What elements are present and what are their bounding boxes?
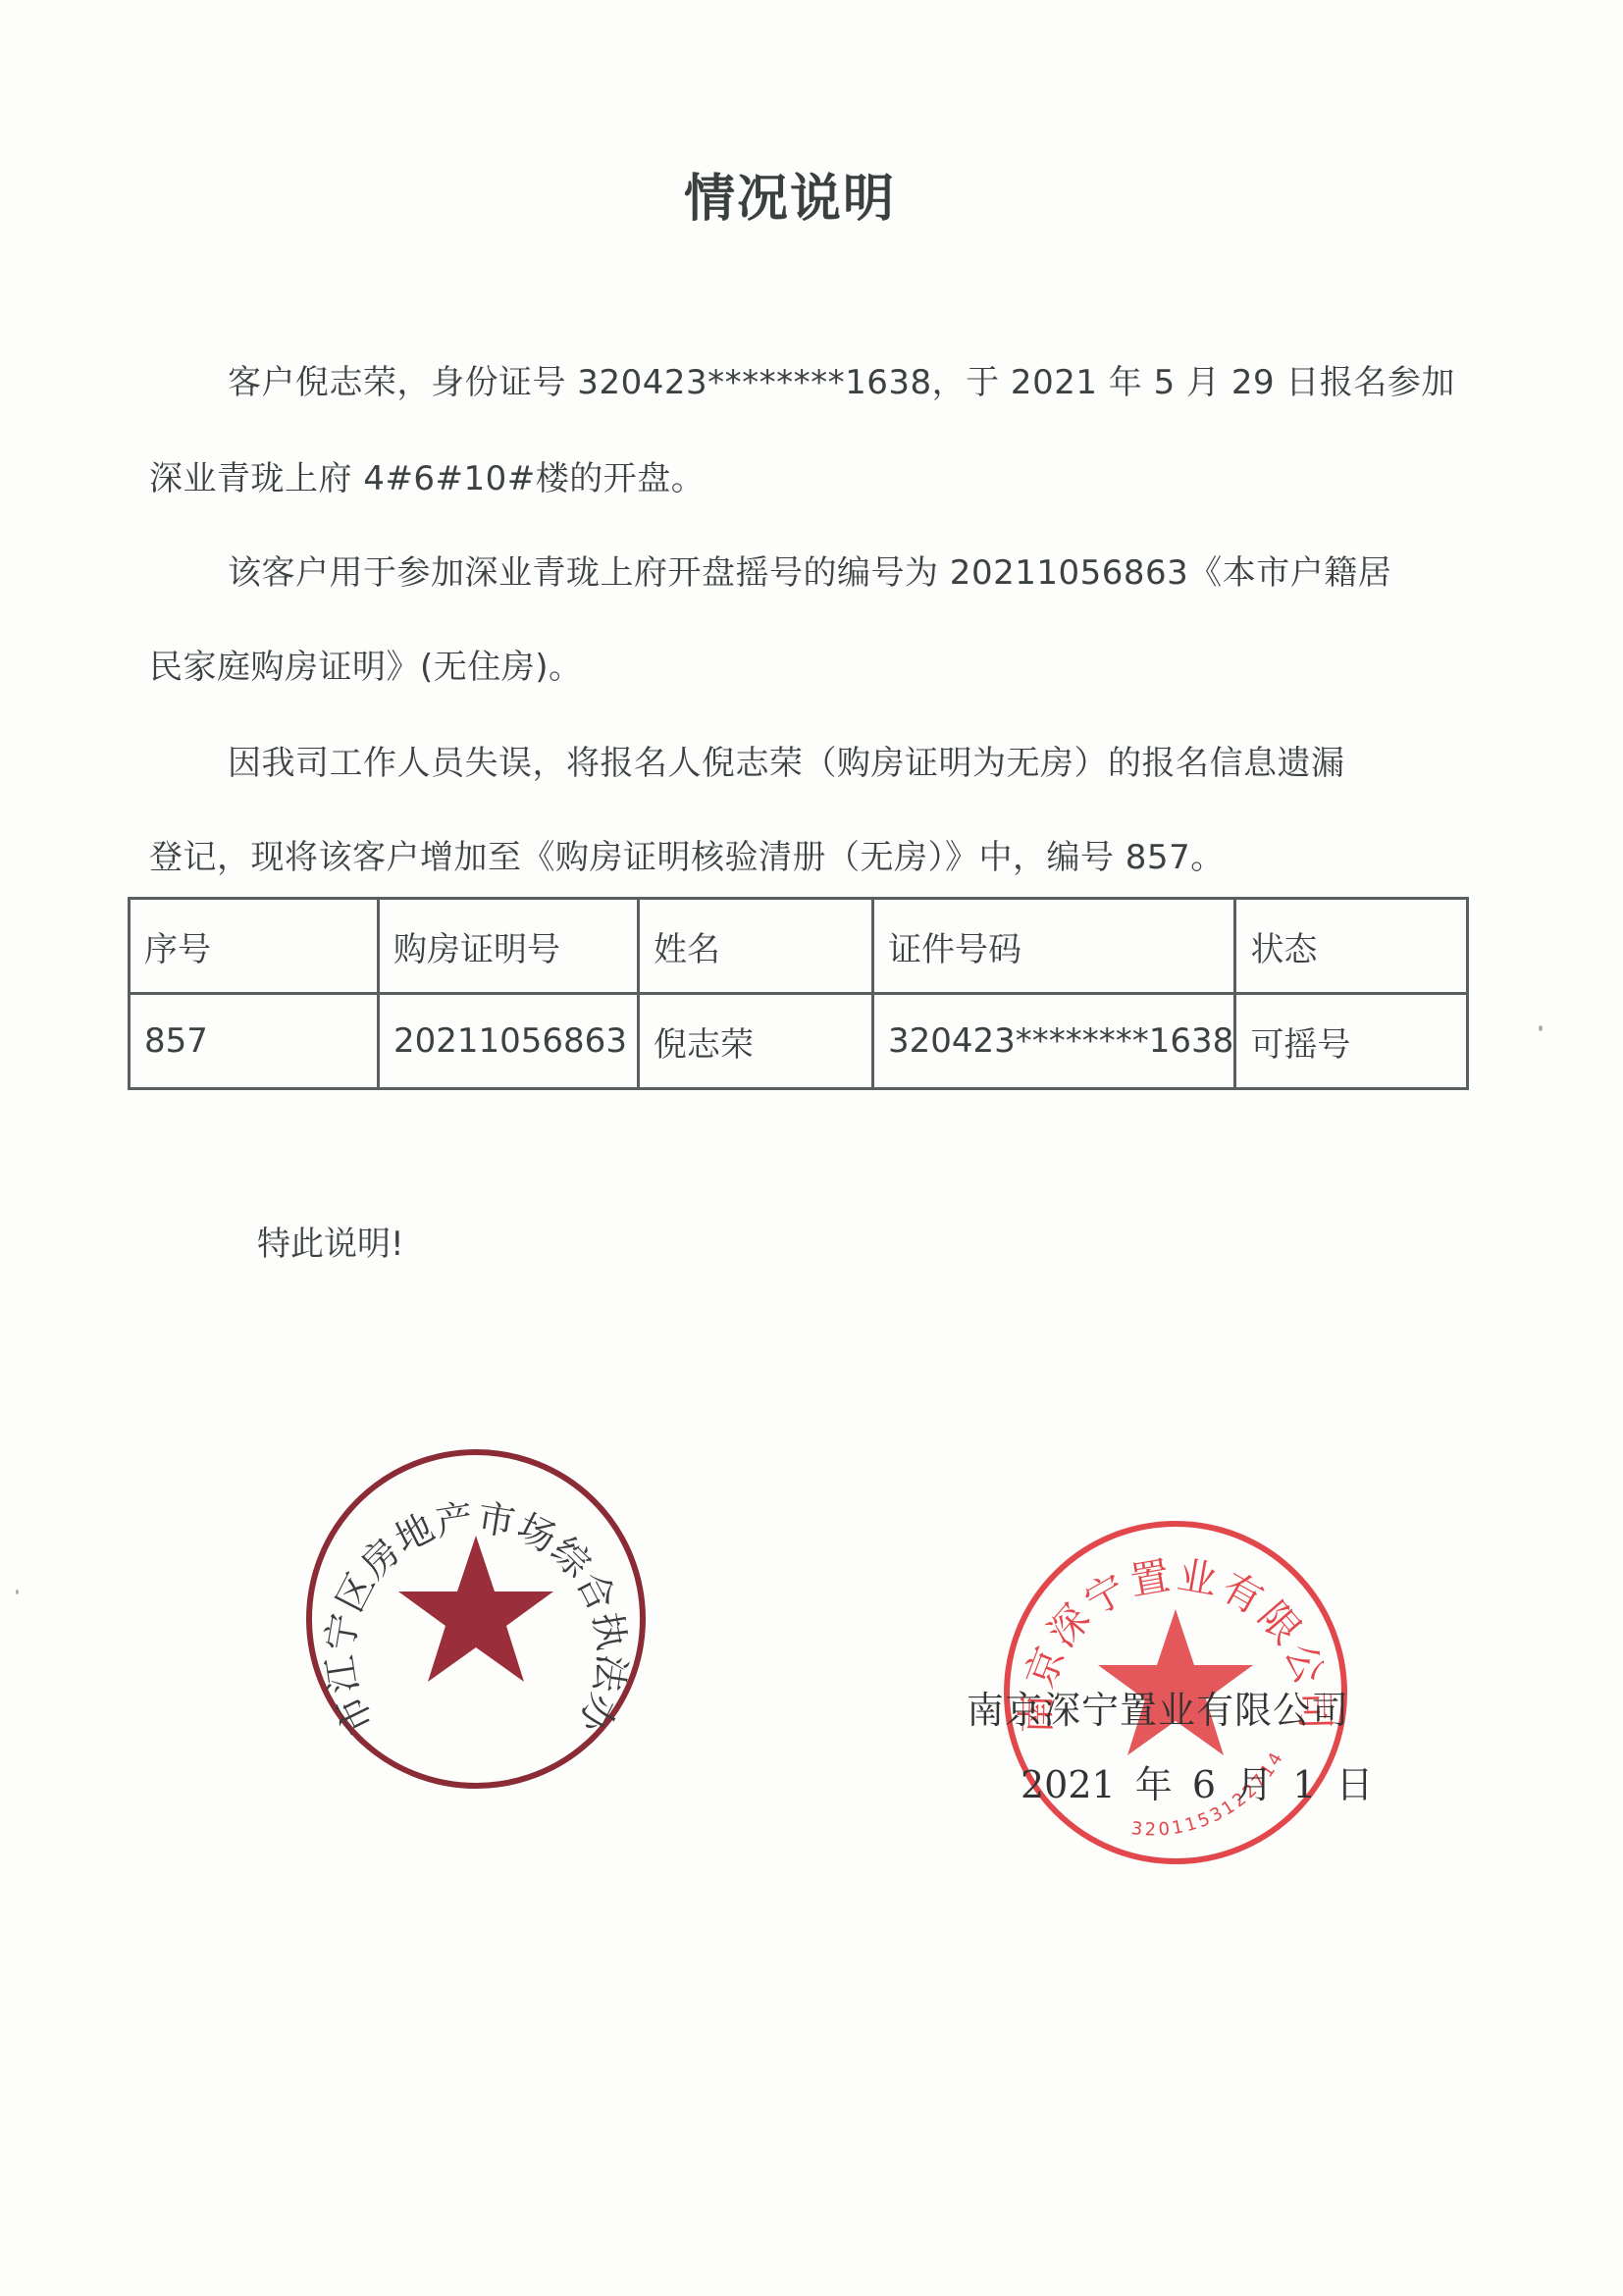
scan-speck — [16, 1590, 19, 1594]
cell-serial: 857 — [130, 994, 379, 1089]
cell-certificate-no: 20211056863 — [379, 994, 639, 1089]
cell-status: 可摇号 — [1235, 994, 1468, 1089]
paragraph-2-line-1: 该客户用于参加深业青珑上府开盘摇号的编号为 20211056863《本市户籍居 — [228, 546, 1391, 594]
header-cell-serial: 序号 — [130, 899, 379, 994]
paragraph-3-line-1: 因我司工作人员失误，将报名人倪志荣（购房证明为无房）的报名信息遗漏 — [228, 736, 1345, 784]
closing-statement: 特此说明! — [257, 1217, 404, 1265]
scan-speck — [1539, 1025, 1543, 1031]
signature-date: 2021 年 6 月 1 日 — [1021, 1754, 1373, 1808]
signature-company: 南京深宁置业有限公司 — [967, 1680, 1349, 1734]
paragraph-1-line-1: 客户倪志荣，身份证号 320423********1638，于 2021 年 5… — [228, 355, 1455, 403]
header-cell-certificate-no: 购房证明号 — [379, 899, 639, 994]
paragraph-3-line-2: 登记，现将该客户增加至《购房证明核验清册（无房）》中，编号 857。 — [149, 830, 1225, 878]
header-cell-status: 状态 — [1235, 899, 1468, 994]
table-row: 857 20211056863 倪志荣 320423********1638 可… — [130, 994, 1468, 1089]
verification-table: 序号 购房证明号 姓名 证件号码 状态 857 20211056863 倪志荣 … — [128, 897, 1469, 1090]
left-official-seal-icon: 南京市江宁区房地产市场综合执法办公室 — [299, 1442, 653, 1796]
table-header-row: 序号 购房证明号 姓名 证件号码 状态 — [130, 899, 1468, 994]
paragraph-1-line-2: 深业青珑上府 4#6#10#楼的开盘。 — [149, 451, 705, 499]
cell-name: 倪志荣 — [639, 994, 873, 1089]
header-cell-name: 姓名 — [639, 899, 873, 994]
header-cell-id-number: 证件号码 — [873, 899, 1235, 994]
document-title: 情况说明 — [0, 157, 1580, 231]
cell-id-number: 320423********1638 — [873, 994, 1235, 1089]
paragraph-2-line-2: 民家庭购房证明》(无住房)。 — [149, 640, 583, 688]
